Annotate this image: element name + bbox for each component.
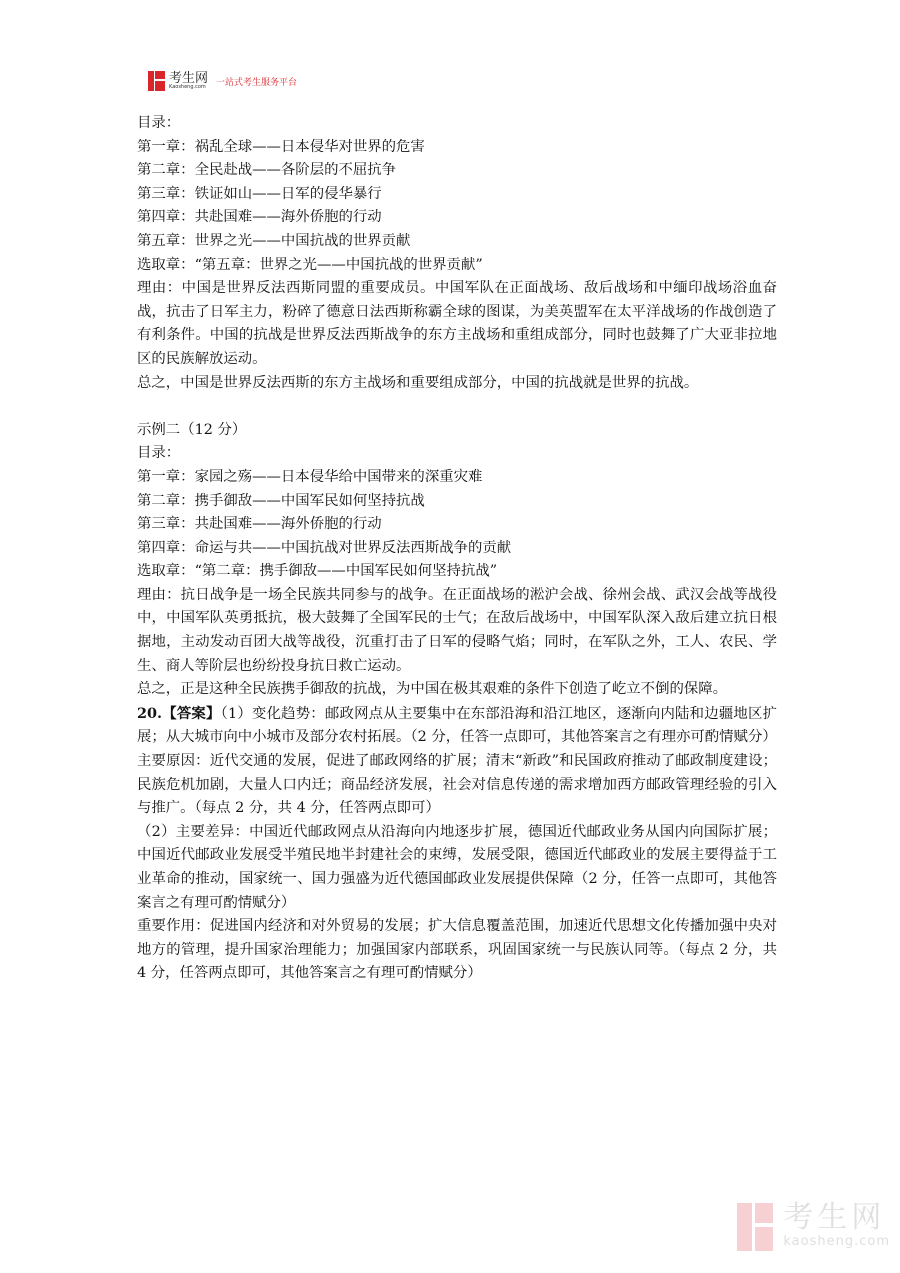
selected-chapter: 选取章：“第二章：携手御敌——中国军民如何坚持抗战” [137,560,777,584]
chapter-item: 第三章：共赴国难——海外侨胞的行动 [137,513,777,537]
reason-paragraph: 理由：抗日战争是一场全民族共同参与的战争。在正面战场的淞沪会战、徐州会战、武汉会… [137,584,777,678]
example-title: 示例二（12 分） [137,419,777,443]
watermark-name: 考生网 [783,1203,890,1233]
chapter-item: 第一章：家园之殇——日本侵华给中国带来的深重灾难 [137,466,777,490]
conclusion-paragraph: 总之，中国是世界反法西斯的东方主战场和重要组成部分，中国的抗战就是世界的抗战。 [137,372,777,396]
watermark-logo-icon [737,1203,773,1251]
site-logo-header[interactable]: 考生网 Kaosheng.com 一站式考生服务平台 [148,70,297,92]
document-page: 考生网 Kaosheng.com 一站式考生服务平台 目录： 第一章：祸乱全球—… [0,0,900,1273]
q20-part2-difference: （2）主要差异：中国近代邮政网点从沿海向内地逐步扩展，德国近代邮政业务从国内向国… [137,821,777,915]
answer-content: 目录： 第一章：祸乱全球——日本侵华对世界的危害 第二章：全民赴战——各阶层的不… [137,112,777,986]
watermark-domain: kaosheng.com [783,1235,890,1248]
chapter-item: 第二章：全民赴战——各阶层的不屈抗争 [137,159,777,183]
toc-label: 目录： [137,442,777,466]
conclusion-paragraph: 总之，正是这种全民族携手御敌的抗战，为中国在极其艰难的条件下创造了屹立不倒的保障… [137,678,777,702]
q20-part1-reason: 主要原因：近代交通的发展，促进了邮政网络的扩展；清末“新政”和民国政府推动了邮政… [137,750,777,821]
toc-label: 目录： [137,112,777,136]
chapter-item: 第三章：铁证如山——日军的侵华暴行 [137,183,777,207]
chapter-item: 第一章：祸乱全球——日本侵华对世界的危害 [137,136,777,160]
q20-part2-role: 重要作用：促进国内经济和对外贸易的发展；扩大信息覆盖范围，加速近代思想文化传播加… [137,915,777,986]
chapter-item: 第五章：世界之光——中国抗战的世界贡献 [137,230,777,254]
answer-label: 20.【答案】 [137,705,221,722]
logo-domain: Kaosheng.com [169,85,208,90]
q20-part1-trend: 20.【答案】（1）变化趋势：邮政网点从主要集中在东部沿海和沿江地区，逐渐向内陆… [137,702,777,750]
chapter-item: 第四章：命运与共——中国抗战对世界反法西斯战争的贡献 [137,537,777,561]
logo-slogan: 一站式考生服务平台 [216,75,297,88]
logo-icon [148,71,166,91]
watermark-logo: 考生网 kaosheng.com [737,1203,890,1251]
chapter-item: 第四章：共赴国难——海外侨胞的行动 [137,206,777,230]
selected-chapter: 选取章：“第五章：世界之光——中国抗战的世界贡献” [137,254,777,278]
chapter-item: 第二章：携手御敌——中国军民如何坚持抗战 [137,490,777,514]
reason-paragraph: 理由：中国是世界反法西斯同盟的重要成员。中国军队在正面战场、敌后战场和中缅印战场… [137,277,777,371]
